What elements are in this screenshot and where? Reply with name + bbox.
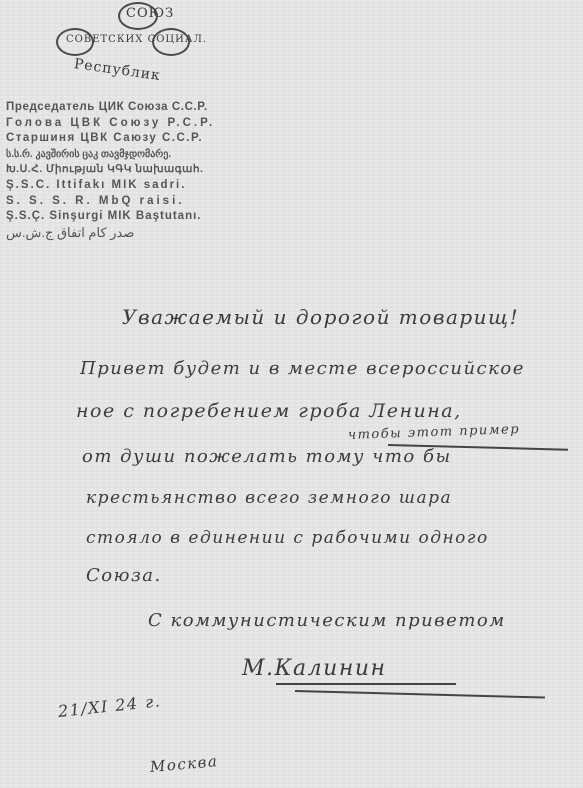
signature-underline-2 (295, 690, 545, 698)
signature-underline-1 (276, 683, 456, 685)
letterhead-line-turkmen: Ş.S.Ç. Sinşurgi MIK Baştutanı. (6, 209, 276, 225)
letter-body-line-6: Союза. (86, 565, 162, 586)
emblem-line1: СОЮЗ (126, 6, 174, 21)
letterhead-line-georgian: ს.ს.რ. კავშირის ცაკ თავმჯდომარე. (6, 147, 276, 163)
letterhead-line-arabic-script: صدر كام اتفاق ج.ش.س (6, 225, 276, 241)
letterhead-titles: Председатель ЦИК Союза С.С.Р. Голова ЦВК… (6, 100, 276, 240)
document-page: СОЮЗ СОВЕТСКИХ СОЦИАЛ. Республик Председ… (0, 0, 583, 788)
letter-body-line-5: стояло в единении с рабочими одного (86, 528, 489, 548)
letter-body-line-4: крестьянство всего земного шара (86, 488, 452, 508)
letter-salutation: Уважаемый и дорогой товарищ! (122, 305, 519, 329)
letter-date: 21/XI 24 г. (57, 691, 162, 721)
letterhead-line-russian: Председатель ЦИК Союза С.С.Р. (6, 100, 276, 116)
letter-interlinear-insertion: чтобы этот пример (348, 422, 521, 443)
emblem-line2: СОВЕТСКИХ СОЦИАЛ. (66, 34, 207, 45)
letter-closing: С коммунистическим приветом (148, 610, 506, 631)
letter-body-line-2: ное с погребением гроба Ленина, (76, 400, 462, 422)
signature-kalinin: М.Калинин (242, 656, 387, 681)
letter-place: Москва (149, 752, 219, 776)
letterhead-line-ukrainian: Голова ЦВК Союзу Р.С.Р. (6, 116, 276, 132)
letterhead-line-tatar: S. S. S. R. MbQ raisi. (6, 194, 276, 210)
union-emblem: СОЮЗ СОВЕТСКИХ СОЦИАЛ. Республик (0, 0, 300, 90)
emblem-line3: Республик (73, 56, 162, 84)
letter-body-line-1: Привет будет и в месте всероссийское (80, 358, 525, 379)
letterhead-line-azerbaijani: Ş.S.C. Ittifakı MIK sadri. (6, 178, 276, 194)
letterhead-line-armenian: Խ.Ս.Հ. Միության ԿԳԿ նախագահ. (6, 162, 276, 178)
letterhead-line-belarusian: Старшиня ЦВК Саюзу С.С.Р. (6, 131, 276, 147)
letter-body-line-3: от души пожелать тому что бы (82, 446, 452, 467)
